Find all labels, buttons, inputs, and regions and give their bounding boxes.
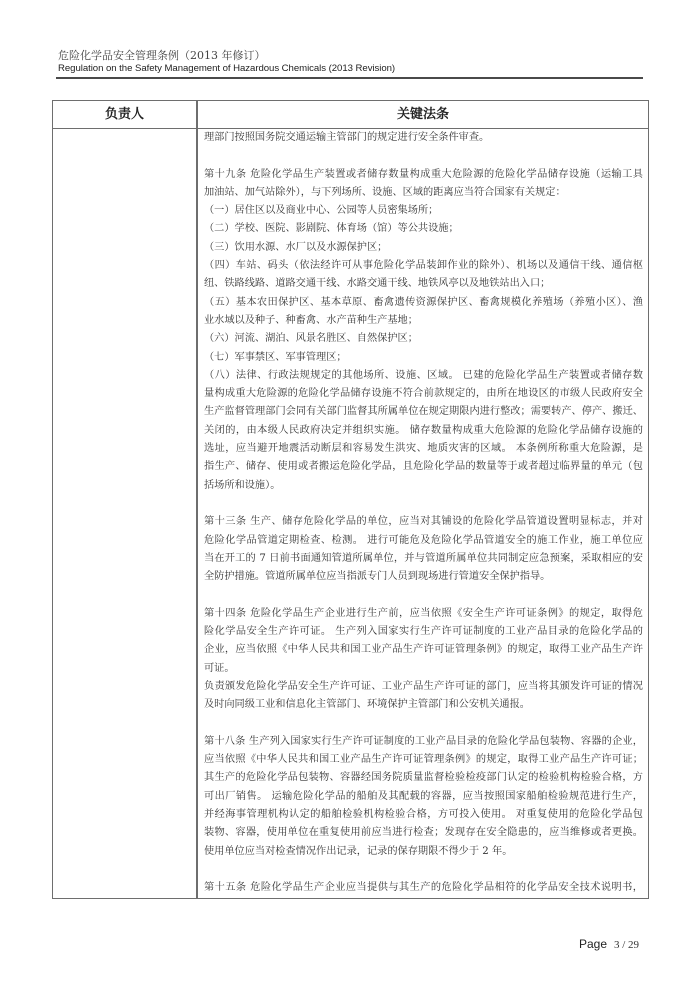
document-title-en: Regulation on the Safety Management of H… <box>58 62 395 75</box>
regulation-table: 负责人 关键法条 理部门按照国务院交通运输主管部门的规定进行安全条件审查。 第十… <box>52 100 649 899</box>
text-line: 第十八条 生产列入国家实行生产许可证制度的工业产品目录的危险化学品包装物、容器的… <box>204 733 643 751</box>
column-header-responsible: 负责人 <box>53 101 196 128</box>
page-label: Page <box>579 936 607 952</box>
text-line: 应当依照《中华人民共和国工业产品生产许可证管理条例》的规定，取得工业产品生产许可… <box>204 751 643 769</box>
text-line: 当在开工的 7 日前书面通知管道所属单位，并与管道所属单位共同制定应急预案，采取… <box>204 550 643 568</box>
text-line: （一）居住区以及商业中心、公园等人员密集场所； <box>204 202 643 220</box>
clause-article-14: 第十四条 危险化学品生产企业进行生产前，应当依照《安全生产许可证条例》的规定，取… <box>204 605 643 715</box>
key-clauses-cell: 理部门按照国务院交通运输主管部门的规定进行安全条件审查。 第十九条 危险化学品生… <box>204 129 643 916</box>
text-line: （八）法律、行政法规规定的其他场所、设施、区域。 已建的危险化学品生产装置或者储… <box>204 367 643 385</box>
text-line: 第十四条 危险化学品生产企业进行生产前，应当依照《安全生产许可证条例》的规定，取… <box>204 605 643 623</box>
text-line: （四）车站、码头（依法经许可从事危险化学品装卸作业的除外）、机场以及通信干线、通… <box>204 257 643 275</box>
text-line: 纽、铁路线路、道路交通干线、水路交通干线、地铁风亭以及地铁站出入口； <box>204 275 643 293</box>
clause-article-13: 第十三条 生产、储存危险化学品的单位，应当对其铺设的危险化学品管道设置明显标志，… <box>204 513 643 586</box>
text-line: （三）饮用水源、水厂以及水源保护区； <box>204 239 643 257</box>
header-divider <box>56 77 643 79</box>
text-line: 量构成重大危险源的危险化学品储存设施不符合前款规定的，由所在地设区的市级人民政府… <box>204 385 643 403</box>
text-line: 生产监督管理部门会同有关部门监督其所属单位在规定期限内进行整改；需要转产、停产、… <box>204 403 643 421</box>
text-line: 第十五条 危险化学品生产企业应当提供与其生产的危险化学品相符的化学品安全技术说明… <box>204 879 643 897</box>
clause-article-18: 第十八条 生产列入国家实行生产许可证制度的工业产品目录的危险化学品包装物、容器的… <box>204 733 643 861</box>
text-line: 危险化学品管道定期检查、检测。 进行可能危及危险化学品管道安全的施工作业，施工单… <box>204 532 643 550</box>
text-line: 可出厂销售。 运输危险化学品的船舶及其配载的容器，应当按照国家船舶检验规范进行生… <box>204 788 643 806</box>
text-line: 关闭的，由本级人民政府决定并组织实施。 储存数量构成重大危险源的危险化学品储存设… <box>204 422 643 440</box>
text-line: 及时向同级工业和信息化主管部门、环境保护主管部门和公安机关通报。 <box>204 696 643 714</box>
text-line: 加油站、加气站除外），与下列场所、设施、区域的距离应当符合国家有关规定： <box>204 184 643 202</box>
text-line: 选址，应当避开地震活动断层和容易发生洪灾、地质灾害的区域。 本条例所称重大危险源… <box>204 440 643 458</box>
text-line: 并经海事管理机构认定的船舶检验机构检验合格，方可投入使用。 对重复使用的危险化学… <box>204 806 643 824</box>
text-line: 括场所和设施）。 <box>204 477 643 495</box>
text-line: 全防护措施。管道所属单位应当指派专门人员到现场进行管道安全保护指导。 <box>204 568 643 586</box>
text-line: 第十三条 生产、储存危险化学品的单位，应当对其铺设的危险化学品管道设置明显标志，… <box>204 513 643 531</box>
responsible-cell <box>53 129 196 898</box>
page-number: 3 / 29 <box>614 937 639 953</box>
text-line: 可证。 <box>204 660 643 678</box>
text-line: 其生产的危险化学品包装物、容器经国务院质量监督检验检疫部门认定的检验机构检验合格… <box>204 769 643 787</box>
text-line: 理部门按照国务院交通运输主管部门的规定进行安全条件审查。 <box>204 129 643 147</box>
column-header-key-clauses: 关键法条 <box>198 101 648 128</box>
text-line: 使用单位应当对检查情况作出记录，记录的保存期限不得少于 2 年。 <box>204 843 643 861</box>
document-title-zh: 危险化学品安全管理条例（2013 年修订） <box>58 49 266 63</box>
text-line: （六）河流、湖泊、风景名胜区、自然保护区； <box>204 330 643 348</box>
text-line: （二）学校、医院、影剧院、体育场（馆）等公共设施； <box>204 220 643 238</box>
text-line: 指生产、储存、使用或者搬运危险化学品，且危险化学品的数量等于或者超过临界量的单元… <box>204 458 643 476</box>
clause-article-15: 第十五条 危险化学品生产企业应当提供与其生产的危险化学品相符的化学品安全技术说明… <box>204 879 643 897</box>
text-line: 装物、容器，使用单位在重复使用前应当进行检查；发现存在安全隐患的，应当维修或者更… <box>204 824 643 842</box>
text-line: 负责颁发危险化学品安全生产许可证、工业产品生产许可证的部门，应当将其颁发许可证的… <box>204 678 643 696</box>
text-line: 第十九条 危险化学品生产装置或者储存数量构成重大危险源的危险化学品储存设施（运输… <box>204 166 643 184</box>
text-line: （七）军事禁区、军事管理区； <box>204 349 643 367</box>
clause-article-19: 第十九条 危险化学品生产装置或者储存数量构成重大危险源的危险化学品储存设施（运输… <box>204 166 643 495</box>
text-line: 企业，应当依照《中华人民共和国工业产品生产许可证管理条例》的规定，取得工业产品生… <box>204 641 643 659</box>
table-header-row: 负责人 关键法条 <box>53 101 648 129</box>
text-line: （五）基本农田保护区、基本草原、畜禽遗传资源保护区、畜禽规模化养殖场（养殖小区）… <box>204 294 643 312</box>
text-line: 业水域以及种子、种畜禽、水产苗种生产基地； <box>204 312 643 330</box>
column-divider <box>196 101 198 898</box>
text-line: 险化学品安全生产许可证。 生产列入国家实行生产许可证制度的工业产品目录的危险化学… <box>204 623 643 641</box>
clause-continuation: 理部门按照国务院交通运输主管部门的规定进行安全条件审查。 <box>204 129 643 147</box>
